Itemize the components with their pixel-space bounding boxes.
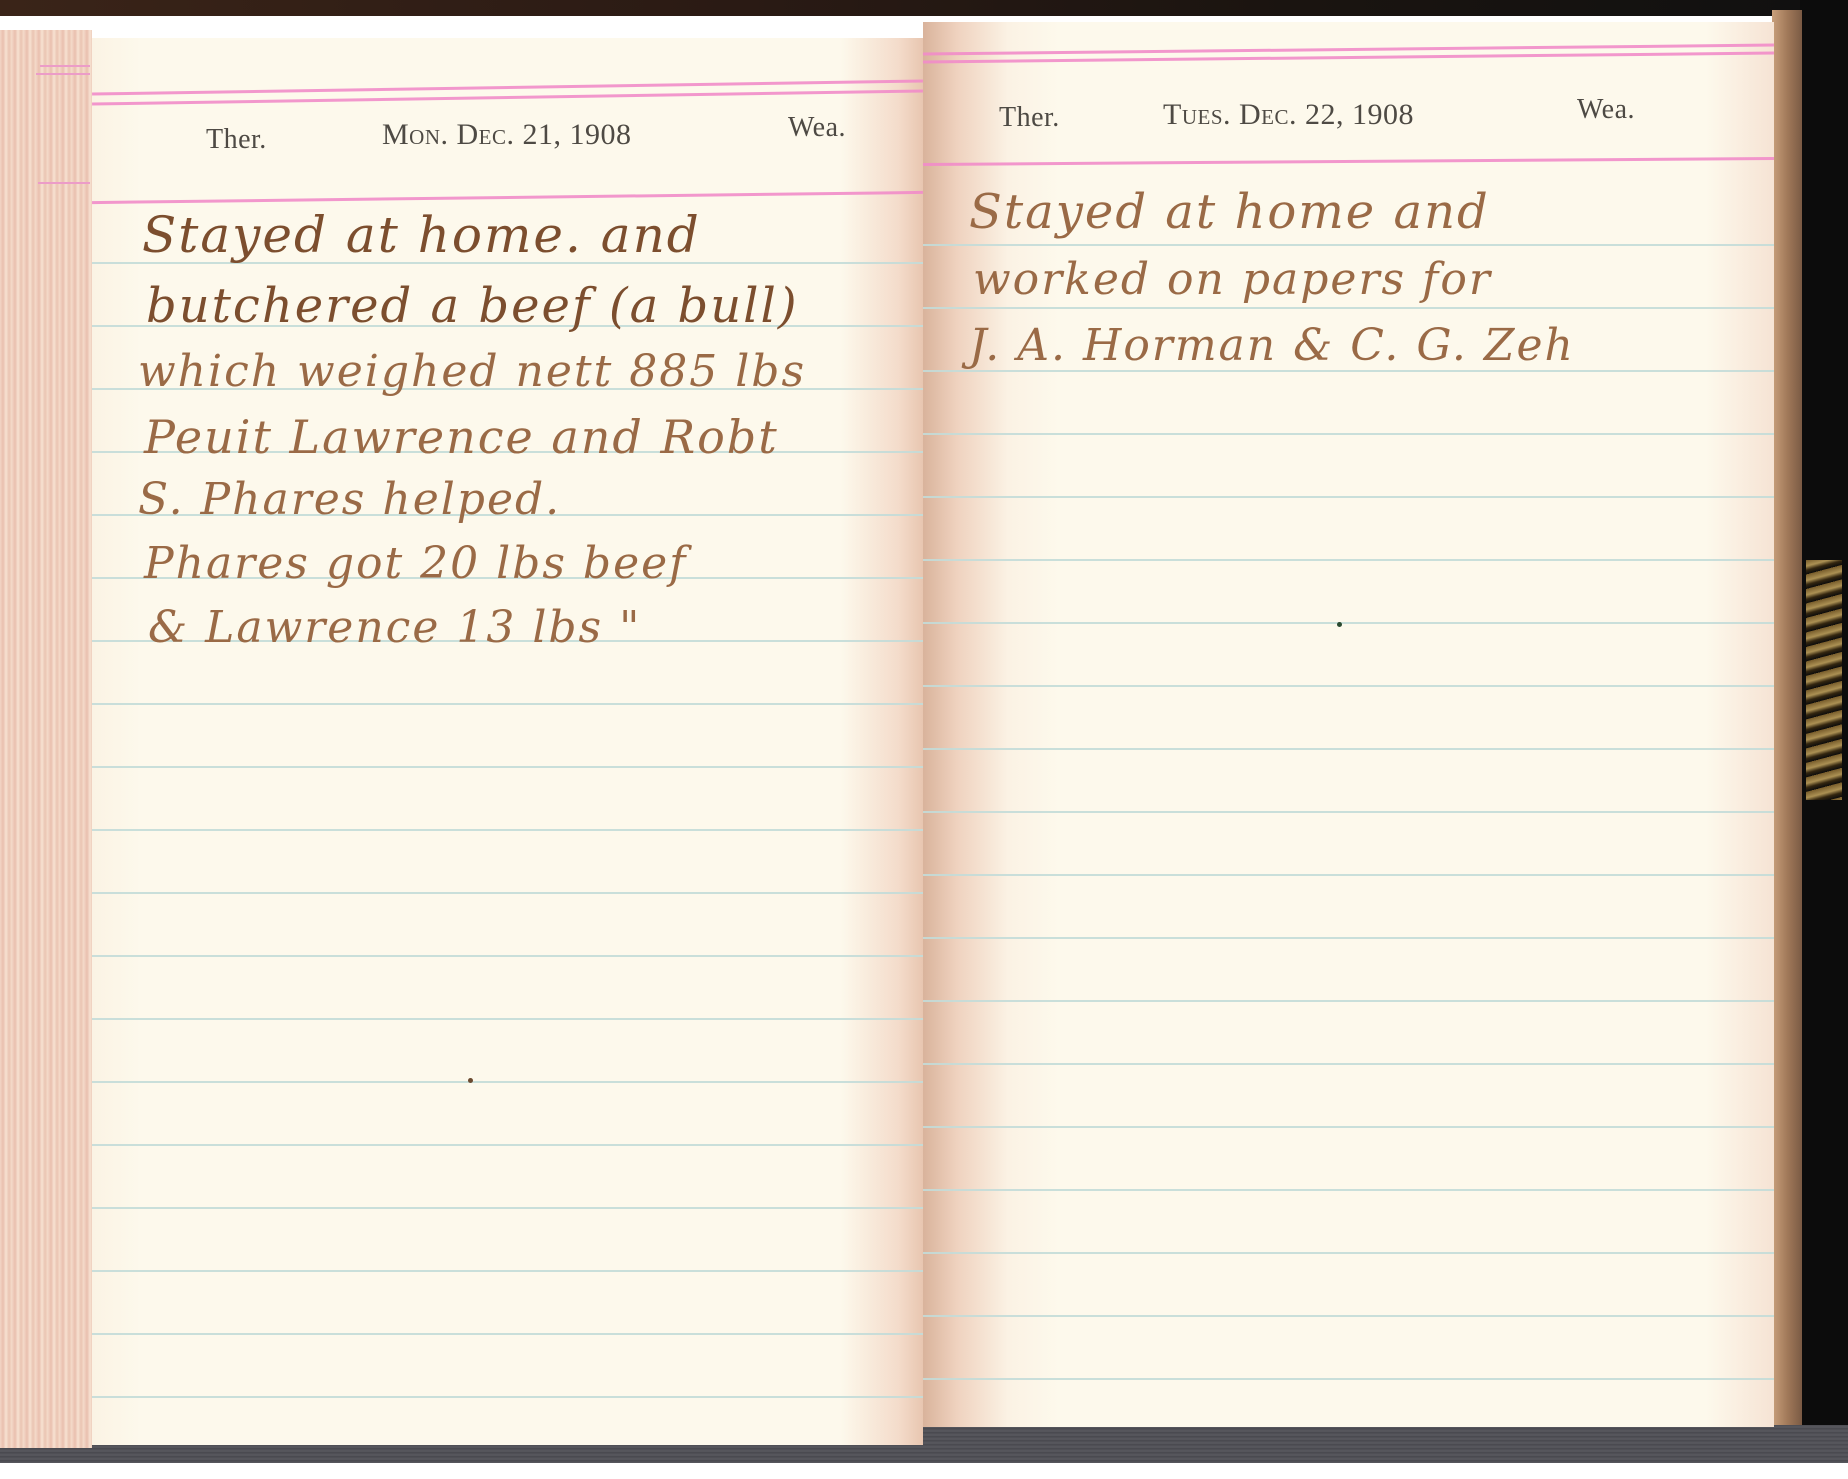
left-diary-page: Ther. Mon. Dec. 21, 1908 Wea. Stayed at … (92, 38, 923, 1445)
weather-label: Wea. (788, 112, 846, 144)
entry-line: worked on papers for (973, 254, 1492, 305)
ruled-line (923, 937, 1774, 939)
ruled-line (92, 1333, 923, 1335)
ruled-line (92, 955, 923, 957)
ruled-line (923, 1063, 1774, 1065)
ruled-line (92, 1270, 923, 1272)
ruled-line (923, 559, 1774, 561)
entry-line: S. Phares helped. (138, 474, 561, 525)
binding-cord (1806, 560, 1842, 800)
ruled-line (92, 1018, 923, 1020)
thermometer-label: Ther. (999, 102, 1060, 134)
entry-line: Stayed at home and (969, 184, 1490, 240)
thermometer-label: Ther. (206, 124, 267, 156)
header-bottom-rule (923, 157, 1774, 166)
ruled-line (923, 496, 1774, 498)
entry-line: & Lawrence 13 lbs " (148, 602, 641, 653)
ruled-line (923, 811, 1774, 813)
entry-line: butchered a beef (a bull) (146, 278, 799, 334)
ruled-line (923, 433, 1774, 435)
stack-pink-rule (40, 65, 90, 67)
right-diary-page: Ther. Tues. Dec. 22, 1908 Wea. Stayed at… (923, 22, 1774, 1427)
ruled-line (92, 829, 923, 831)
page-edge-right (1772, 10, 1802, 1440)
ruled-line (92, 1081, 923, 1083)
ruled-line (92, 766, 923, 768)
entry-line: J. A. Horman & C. G. Zeh (969, 320, 1575, 371)
ruled-line (923, 1378, 1774, 1380)
entry-line: Stayed at home. and (142, 206, 701, 264)
ruled-line (923, 1189, 1774, 1191)
ruled-line (92, 1144, 923, 1146)
entry-line: Peuit Lawrence and Robt (144, 410, 779, 464)
page-date: Tues. Dec. 22, 1908 (1163, 98, 1414, 132)
entry-line: Phares got 20 lbs beef (144, 538, 687, 589)
stack-pink-rule (38, 182, 90, 184)
ink-spot (1337, 622, 1342, 627)
ruled-line (92, 1207, 923, 1209)
ink-spot (468, 1078, 473, 1083)
ruled-line (923, 874, 1774, 876)
book-cover-top-edge (0, 0, 1848, 16)
ruled-line (92, 1396, 923, 1398)
ruled-line (923, 307, 1774, 309)
diary-photo: Ther. Mon. Dec. 21, 1908 Wea. Stayed at … (0, 0, 1848, 1479)
page-stack-left (0, 30, 92, 1448)
ruled-line (92, 892, 923, 894)
ruled-line (923, 1126, 1774, 1128)
ruled-line (923, 622, 1774, 624)
page-date: Mon. Dec. 21, 1908 (382, 118, 632, 152)
ruled-line (923, 748, 1774, 750)
ruled-line (923, 1252, 1774, 1254)
stack-pink-rule (36, 73, 90, 75)
entry-line: which weighed nett 885 lbs (138, 346, 806, 397)
ruled-line (923, 1000, 1774, 1002)
header-bottom-rule (92, 191, 923, 204)
ruled-line (923, 685, 1774, 687)
ruled-line (923, 244, 1774, 246)
ruled-line (923, 1315, 1774, 1317)
ruled-line (92, 703, 923, 705)
weather-label: Wea. (1577, 94, 1635, 126)
